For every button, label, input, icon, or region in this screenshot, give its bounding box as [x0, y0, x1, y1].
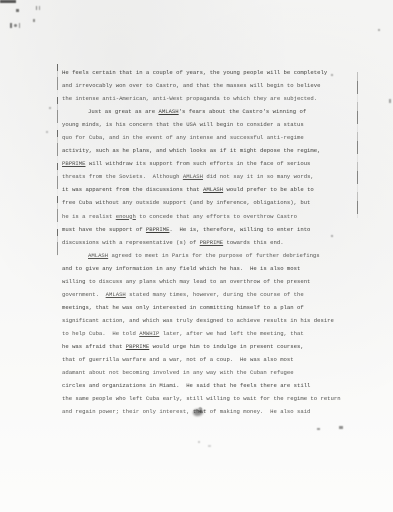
scan-artifact-speck — [208, 445, 211, 447]
right-margin-line — [357, 72, 358, 218]
scan-artifact-dot — [16, 9, 19, 12]
scanned-document-page: He feels certain that in a couple of yea… — [0, 0, 393, 512]
text-line: discussions with a representative (s) of… — [62, 236, 354, 249]
text-line: and regain power; their only interest, t… — [62, 405, 354, 418]
text-line: the same people who left Cuba early, sti… — [62, 392, 354, 405]
scan-artifact-corner-bar — [0, 0, 16, 3]
text-line: AMLASH agreed to meet in Paris for the p… — [62, 249, 354, 262]
scan-artifact-tick — [39, 6, 40, 10]
scan-artifact-mark — [33, 19, 35, 22]
document-text: He feels certain that in a couple of yea… — [62, 66, 354, 418]
scan-artifact-speck — [198, 441, 200, 443]
text-line: to help Cuba. He told AMWHIP later, afte… — [62, 327, 354, 340]
text-line: Just as great as are AMLASH's fears abou… — [62, 105, 354, 118]
text-line: activity, such as he plans, and which lo… — [62, 144, 354, 157]
text-line: PBPRIME will withdraw its support from s… — [62, 157, 354, 170]
text-line: and irrevocably won over to Castro, and … — [62, 79, 354, 92]
scan-artifact-speck — [46, 131, 48, 133]
text-line: he is a realist enough to concede that a… — [62, 210, 354, 223]
scan-artifact-speck — [49, 107, 51, 109]
text-line: adamant about not becoming involved in a… — [62, 366, 354, 379]
text-line: young minds, is his concern that the USA… — [62, 118, 354, 131]
text-line: He feels certain that in a couple of yea… — [62, 66, 354, 79]
text-line: and to give any information in any field… — [62, 262, 354, 275]
scan-artifact-mark — [19, 23, 20, 28]
text-line: that of guerrilla warfare and a war, not… — [62, 353, 354, 366]
scan-artifact-speck — [389, 99, 391, 103]
text-line: quo for Cuba, and in the event of any in… — [62, 131, 354, 144]
text-line: must have the support of PBPRIME. He is,… — [62, 223, 354, 236]
text-line: he was afraid that PBPRIME would urge hi… — [62, 340, 354, 353]
text-line: significant action, and which was truly … — [62, 314, 354, 327]
text-line: government. AMLASH stated many times, ho… — [62, 288, 354, 301]
scan-artifact-mark — [14, 24, 17, 27]
text-line: the intense anti-American, anti-West pro… — [62, 92, 354, 105]
left-margin-line — [57, 64, 58, 256]
text-line: free Cuba without any outside support (a… — [62, 196, 354, 209]
scan-artifact-mark — [10, 23, 12, 28]
scan-artifact-speck — [339, 426, 343, 429]
scan-artifact-speck — [378, 29, 380, 31]
page-number: -2- — [194, 407, 207, 414]
text-line: it was apparent from the discussions tha… — [62, 183, 354, 196]
text-line: willing to discuss any plans which may l… — [62, 275, 354, 288]
text-line: threats from the Soviets. Although AMLAS… — [62, 170, 354, 183]
text-line: meetings, that he was only interested in… — [62, 301, 354, 314]
scan-artifact-tick — [36, 6, 37, 10]
text-line: circles and organizations in Miami. He s… — [62, 379, 354, 392]
scan-artifact-speck — [317, 428, 320, 430]
